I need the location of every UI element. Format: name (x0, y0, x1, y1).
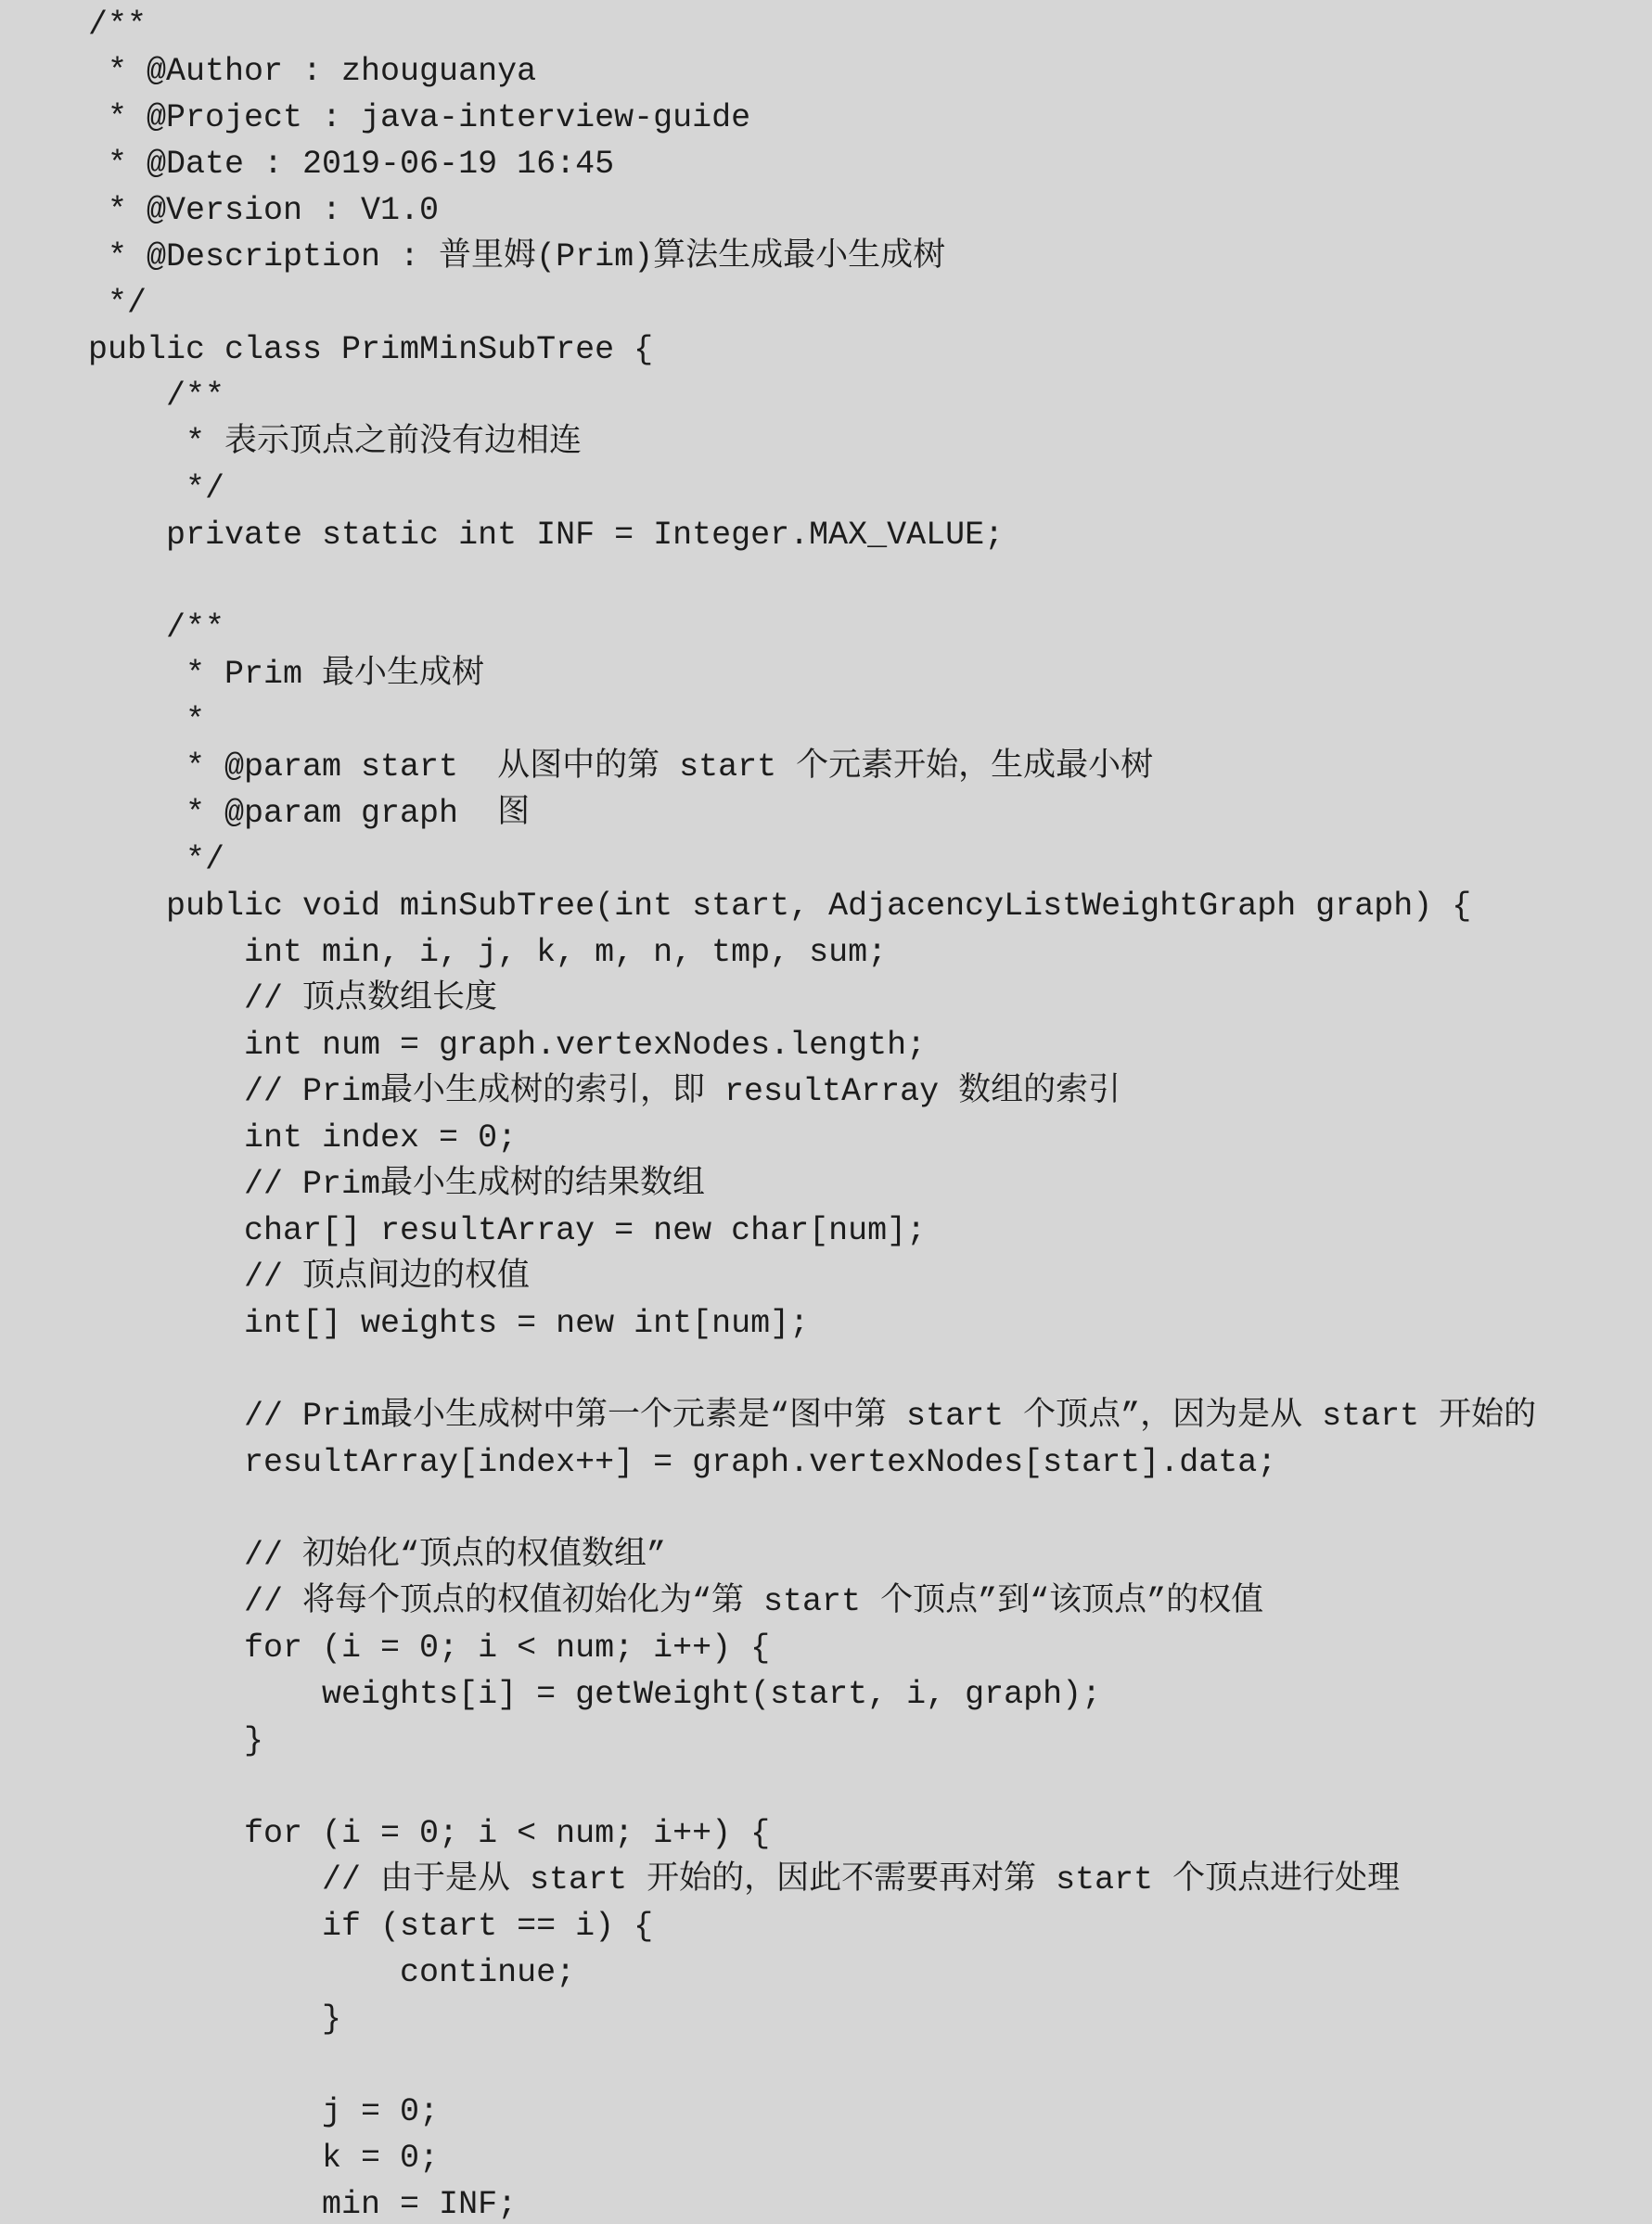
code-line: /** (88, 373, 1652, 419)
code-line: // Prim最小生成树的结果数组 (88, 1161, 1652, 1208)
code-line: public class PrimMinSubTree { (88, 326, 1652, 373)
code-line: for (i = 0; i < num; i++) { (88, 1625, 1652, 1671)
code-line: int min, i, j, k, m, n, tmp, sum; (88, 929, 1652, 976)
code-line: // 将每个顶点的权值初始化为“第 start 个顶点”到“该顶点”的权值 (88, 1579, 1652, 1625)
code-line: * @Date : 2019-06-19 16:45 (88, 141, 1652, 187)
code-line: if (start == i) { (88, 1903, 1652, 1949)
code-line: /** (88, 605, 1652, 651)
code-line: // Prim最小生成树的索引，即 resultArray 数组的索引 (88, 1068, 1652, 1115)
code-line: // 顶点间边的权值 (88, 1254, 1652, 1300)
code-line (88, 558, 1652, 605)
code-line: int[] weights = new int[num]; (88, 1300, 1652, 1347)
code-line: * (88, 697, 1652, 744)
code-line: */ (88, 837, 1652, 883)
code-line: * 表示顶点之前没有边相连 (88, 419, 1652, 466)
document-page: /** * @Author : zhouguanya * @Project : … (0, 0, 1652, 2224)
code-line: } (88, 1718, 1652, 1764)
code-line (88, 2042, 1652, 2089)
code-line: private static int INF = Integer.MAX_VAL… (88, 512, 1652, 558)
code-line: int index = 0; (88, 1115, 1652, 1161)
code-line: // 由于是从 start 开始的，因此不需要再对第 start 个顶点进行处理 (88, 1857, 1652, 1903)
code-line: */ (88, 466, 1652, 512)
code-line: // 初始化“顶点的权值数组” (88, 1532, 1652, 1579)
code-line: * @Version : V1.0 (88, 187, 1652, 234)
code-line: k = 0; (88, 2135, 1652, 2181)
code-listing: /** * @Author : zhouguanya * @Project : … (88, 2, 1652, 2224)
code-line: * @Description : 普里姆(Prim)算法生成最小生成树 (88, 234, 1652, 280)
code-line: // 顶点数组长度 (88, 976, 1652, 1022)
code-line (88, 1347, 1652, 1393)
code-line: * Prim 最小生成树 (88, 651, 1652, 697)
code-line (88, 1486, 1652, 1532)
code-line: // Prim最小生成树中第一个元素是“图中第 start 个顶点”，因为是从 … (88, 1393, 1652, 1439)
code-line: int num = graph.vertexNodes.length; (88, 1022, 1652, 1068)
code-line: continue; (88, 1949, 1652, 1996)
code-line: } (88, 1996, 1652, 2042)
code-line: * @Project : java-interview-guide (88, 95, 1652, 141)
code-line: j = 0; (88, 2089, 1652, 2135)
code-line: * @param graph 图 (88, 790, 1652, 837)
code-line: min = INF; (88, 2181, 1652, 2224)
code-line: weights[i] = getWeight(start, i, graph); (88, 1671, 1652, 1718)
code-line (88, 1764, 1652, 1810)
code-line: * @param start 从图中的第 start 个元素开始，生成最小树 (88, 744, 1652, 790)
code-line: for (i = 0; i < num; i++) { (88, 1810, 1652, 1857)
code-line: /** (88, 2, 1652, 48)
code-line: resultArray[index++] = graph.vertexNodes… (88, 1439, 1652, 1486)
code-line: * @Author : zhouguanya (88, 48, 1652, 95)
code-line: */ (88, 280, 1652, 326)
code-line: char[] resultArray = new char[num]; (88, 1208, 1652, 1254)
code-line: public void minSubTree(int start, Adjace… (88, 883, 1652, 929)
